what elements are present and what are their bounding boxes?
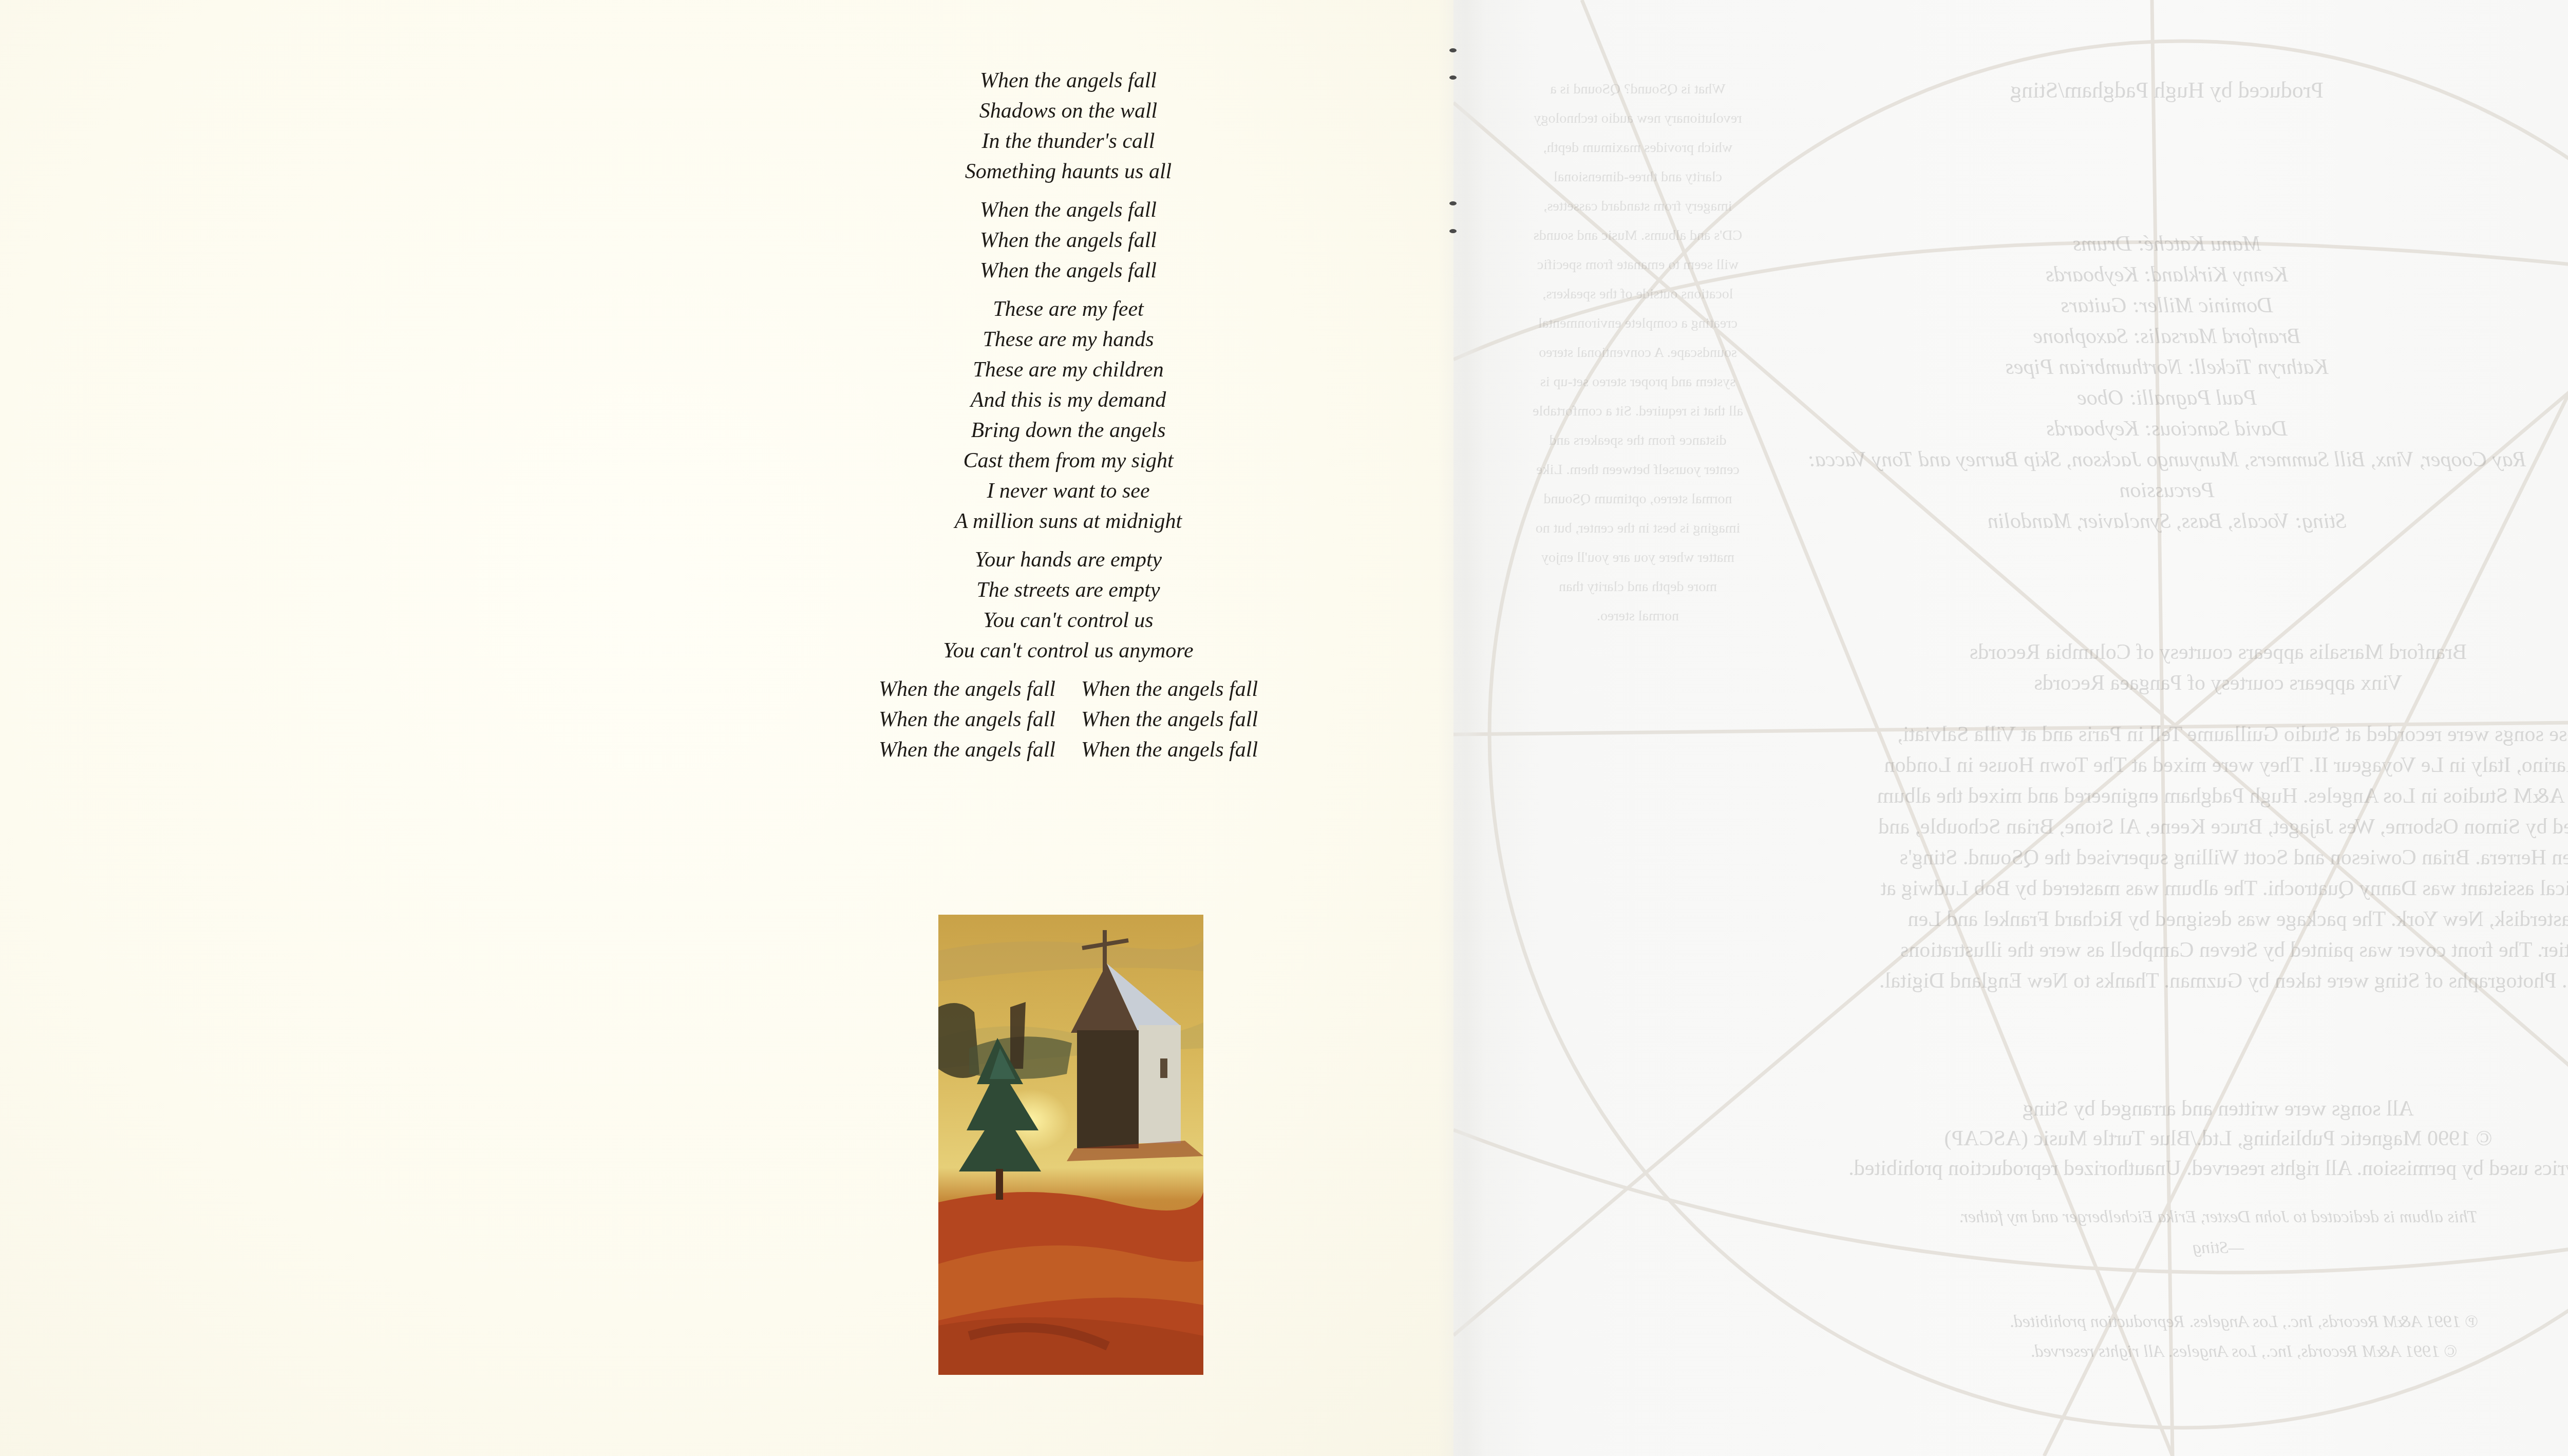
- credit-line: Dominic Miller: Guitars: [1730, 290, 2568, 321]
- note-line: system and proper stereo set-up is: [1494, 367, 1782, 396]
- note-line: creating a complete environmental: [1494, 309, 1782, 338]
- credit-line: Percussion: [1730, 475, 2568, 506]
- note-line: distance from the speakers and: [1494, 426, 1782, 455]
- credit-line: Branford Marsalis: Saxophone: [1730, 321, 2568, 352]
- lyric-line: When the angels fall: [1081, 674, 1258, 705]
- note-line: imaging is best in the center, but no: [1494, 514, 1782, 543]
- credit-line: Kenny Kirkland: Keyboards: [1730, 259, 2568, 290]
- credit-line: © 1990 Magnetic Publishing, Ltd./Blue Tu…: [1628, 1124, 2568, 1154]
- credit-line: © 1991 A&M Records, Inc., Los Angeles. A…: [1859, 1337, 2568, 1367]
- credit-line: Vinx appears courtesy of Pangaea Records: [1782, 668, 2568, 698]
- lyric-line: Something haunts us all: [863, 157, 1274, 187]
- credit-line: and at A&M Studios in Los Angeles. Hugh …: [1658, 781, 2568, 811]
- credit-line: All songs were written and arranged by S…: [1628, 1094, 2568, 1124]
- credit-line: Branford Marsalis appears courtesy of Co…: [1782, 637, 2568, 668]
- lyric-line: When the angels fall: [879, 674, 1055, 705]
- song-lyrics: When the angels fall Shadows on the wall…: [863, 66, 1274, 765]
- lyric-line: These are my feet: [863, 294, 1274, 325]
- staple-mark-icon: [1449, 48, 1457, 52]
- final-chorus: When the angels fall When the angels fal…: [863, 674, 1274, 765]
- credit-line: Kathryn Tickell: Northumbrian Pipes: [1730, 352, 2568, 383]
- credit-line: Eiren Herrera. Brian Cowieson and Scott …: [1658, 842, 2568, 873]
- note-line: What is QSound? QSound is a: [1494, 74, 1782, 104]
- note-line: normal stereo.: [1494, 601, 1782, 631]
- lyric-line: When the angels fall: [863, 256, 1274, 286]
- lyric-line: Cast them from my sight: [863, 446, 1274, 476]
- note-line: which provides maximum depth,: [1494, 133, 1782, 162]
- note-line: revolutionary new audio technology: [1494, 104, 1782, 133]
- credit-line: Lyrics used by permission. All rights re…: [1628, 1154, 2568, 1183]
- lyric-line: When the angels fall: [863, 195, 1274, 225]
- chapel-painting: [938, 915, 1203, 1375]
- qsound-explanation: What is QSound? QSound is a revolutionar…: [1494, 74, 1782, 631]
- lyric-line: In the thunder's call: [863, 126, 1274, 157]
- note-line: CD's and albums. Music and sounds: [1494, 221, 1782, 250]
- lyrics-stanza-4: Your hands are empty The streets are emp…: [863, 545, 1274, 666]
- credit-line: ℗ 1991 A&M Records, Inc., Los Angeles. R…: [1859, 1307, 2568, 1337]
- lyric-line: Bring down the angels: [863, 415, 1274, 446]
- chapel-painting-image: [938, 915, 1203, 1375]
- credit-line: Sting: Vocals, Bass, Synclavier, Mandoli…: [1730, 506, 2568, 537]
- lyrics-stanza-2: When the angels fall When the angels fal…: [863, 195, 1274, 286]
- note-line: normal stereo, optimum QSound: [1494, 484, 1782, 514]
- lyric-line: When the angels fall: [863, 66, 1274, 96]
- lyric-line: When the angels fall: [863, 225, 1274, 256]
- lyric-line: I never want to see: [863, 476, 1274, 506]
- credit-line: Peltier. The front cover was painted by …: [1658, 935, 2568, 966]
- credit-line: Migliarino, Italy in Le Voyageur II. The…: [1658, 750, 2568, 781]
- credit-line: These songs were recorded at Studio Guil…: [1658, 719, 2568, 750]
- lyric-line: The streets are empty: [863, 575, 1274, 606]
- lyric-line: When the angels fall: [879, 705, 1055, 735]
- copyright-notice: ℗ 1991 A&M Records, Inc., Los Angeles. R…: [1859, 1307, 2568, 1367]
- courtesy-credits: Branford Marsalis appears courtesy of Co…: [1782, 637, 2568, 698]
- credit-line: Paul Pagnalli: Oboe: [1730, 383, 2568, 413]
- credit-line: inside. Photographs of Sting were taken …: [1658, 966, 2568, 996]
- musician-credits: Manu Katché: Drums Kenny Kirkland: Keybo…: [1730, 229, 2568, 537]
- note-line: matter where you are you'll enjoy: [1494, 543, 1782, 572]
- credit-line: Ray Cooper, Vinx, Bill Summers, Munyungo…: [1730, 444, 2568, 475]
- lyric-line: And this is my demand: [863, 385, 1274, 415]
- lyric-line: When the angels fall: [1081, 705, 1258, 735]
- lyric-line: A million suns at midnight: [863, 506, 1274, 537]
- lyrics-stanza-3: These are my feet These are my hands The…: [863, 294, 1274, 537]
- note-line: center yourself between them. Like: [1494, 455, 1782, 484]
- recording-notes: These songs were recorded at Studio Guil…: [1658, 719, 2568, 996]
- lyric-line: Shadows on the wall: [863, 96, 1274, 126]
- lyric-line: When the angels fall: [879, 735, 1055, 765]
- credit-line: technical assistant was Danny Quatrochi.…: [1658, 873, 2568, 904]
- lyric-line: You can't control us anymore: [863, 636, 1274, 666]
- lyric-line: Your hands are empty: [863, 545, 1274, 575]
- credit-line: —Sting: [1653, 1233, 2568, 1263]
- credit-line: Masterdisk, New York. The package was de…: [1658, 904, 2568, 935]
- lyrics-stanza-1: When the angels fall Shadows on the wall…: [863, 66, 1274, 187]
- lyric-line: When the angels fall: [1081, 735, 1258, 765]
- staple-mark-icon: [1449, 201, 1457, 205]
- note-line: more depth and clarity than: [1494, 572, 1782, 601]
- note-line: all that is required. Sit a comfortable: [1494, 396, 1782, 426]
- staple-mark-icon: [1449, 75, 1457, 80]
- note-line: locations outside of the speakers,: [1494, 279, 1782, 309]
- lyric-line: These are my children: [863, 355, 1274, 385]
- note-line: will seem to emanate from specific: [1494, 250, 1782, 279]
- show-through-ghost-text: [169, 62, 539, 151]
- mirrored-credits: Produced by Hugh Padgham/Sting Manu Katc…: [1453, 0, 2568, 1456]
- credit-line: This album is dedicated to John Dexter, …: [1653, 1202, 2568, 1233]
- booklet-fold: [1438, 0, 1484, 1456]
- dedication: This album is dedicated to John Dexter, …: [1653, 1202, 2568, 1263]
- note-line: imagery from standard cassettes,: [1494, 192, 1782, 221]
- publishing-notes: All songs were written and arranged by S…: [1628, 1094, 2568, 1183]
- producer-credit: Produced by Hugh Padgham/Sting: [1782, 77, 2552, 103]
- credit-line: David Sancious: Keyboards: [1730, 413, 2568, 444]
- note-line: clarity and three-dimensional: [1494, 162, 1782, 192]
- credits-page-show-through: Produced by Hugh Padgham/Sting Manu Katc…: [1453, 0, 2568, 1456]
- note-line: soundscape. A conventional stereo: [1494, 338, 1782, 367]
- lyrics-page: When the angels fall Shadows on the wall…: [0, 0, 1453, 1456]
- lyric-line: You can't control us: [863, 606, 1274, 636]
- credit-line: Manu Katché: Drums: [1730, 229, 2568, 259]
- lyric-line: These are my hands: [863, 325, 1274, 355]
- staple-mark-icon: [1449, 229, 1457, 233]
- credit-line: assisted by Simon Osborne, Wes Jajaget, …: [1658, 811, 2568, 842]
